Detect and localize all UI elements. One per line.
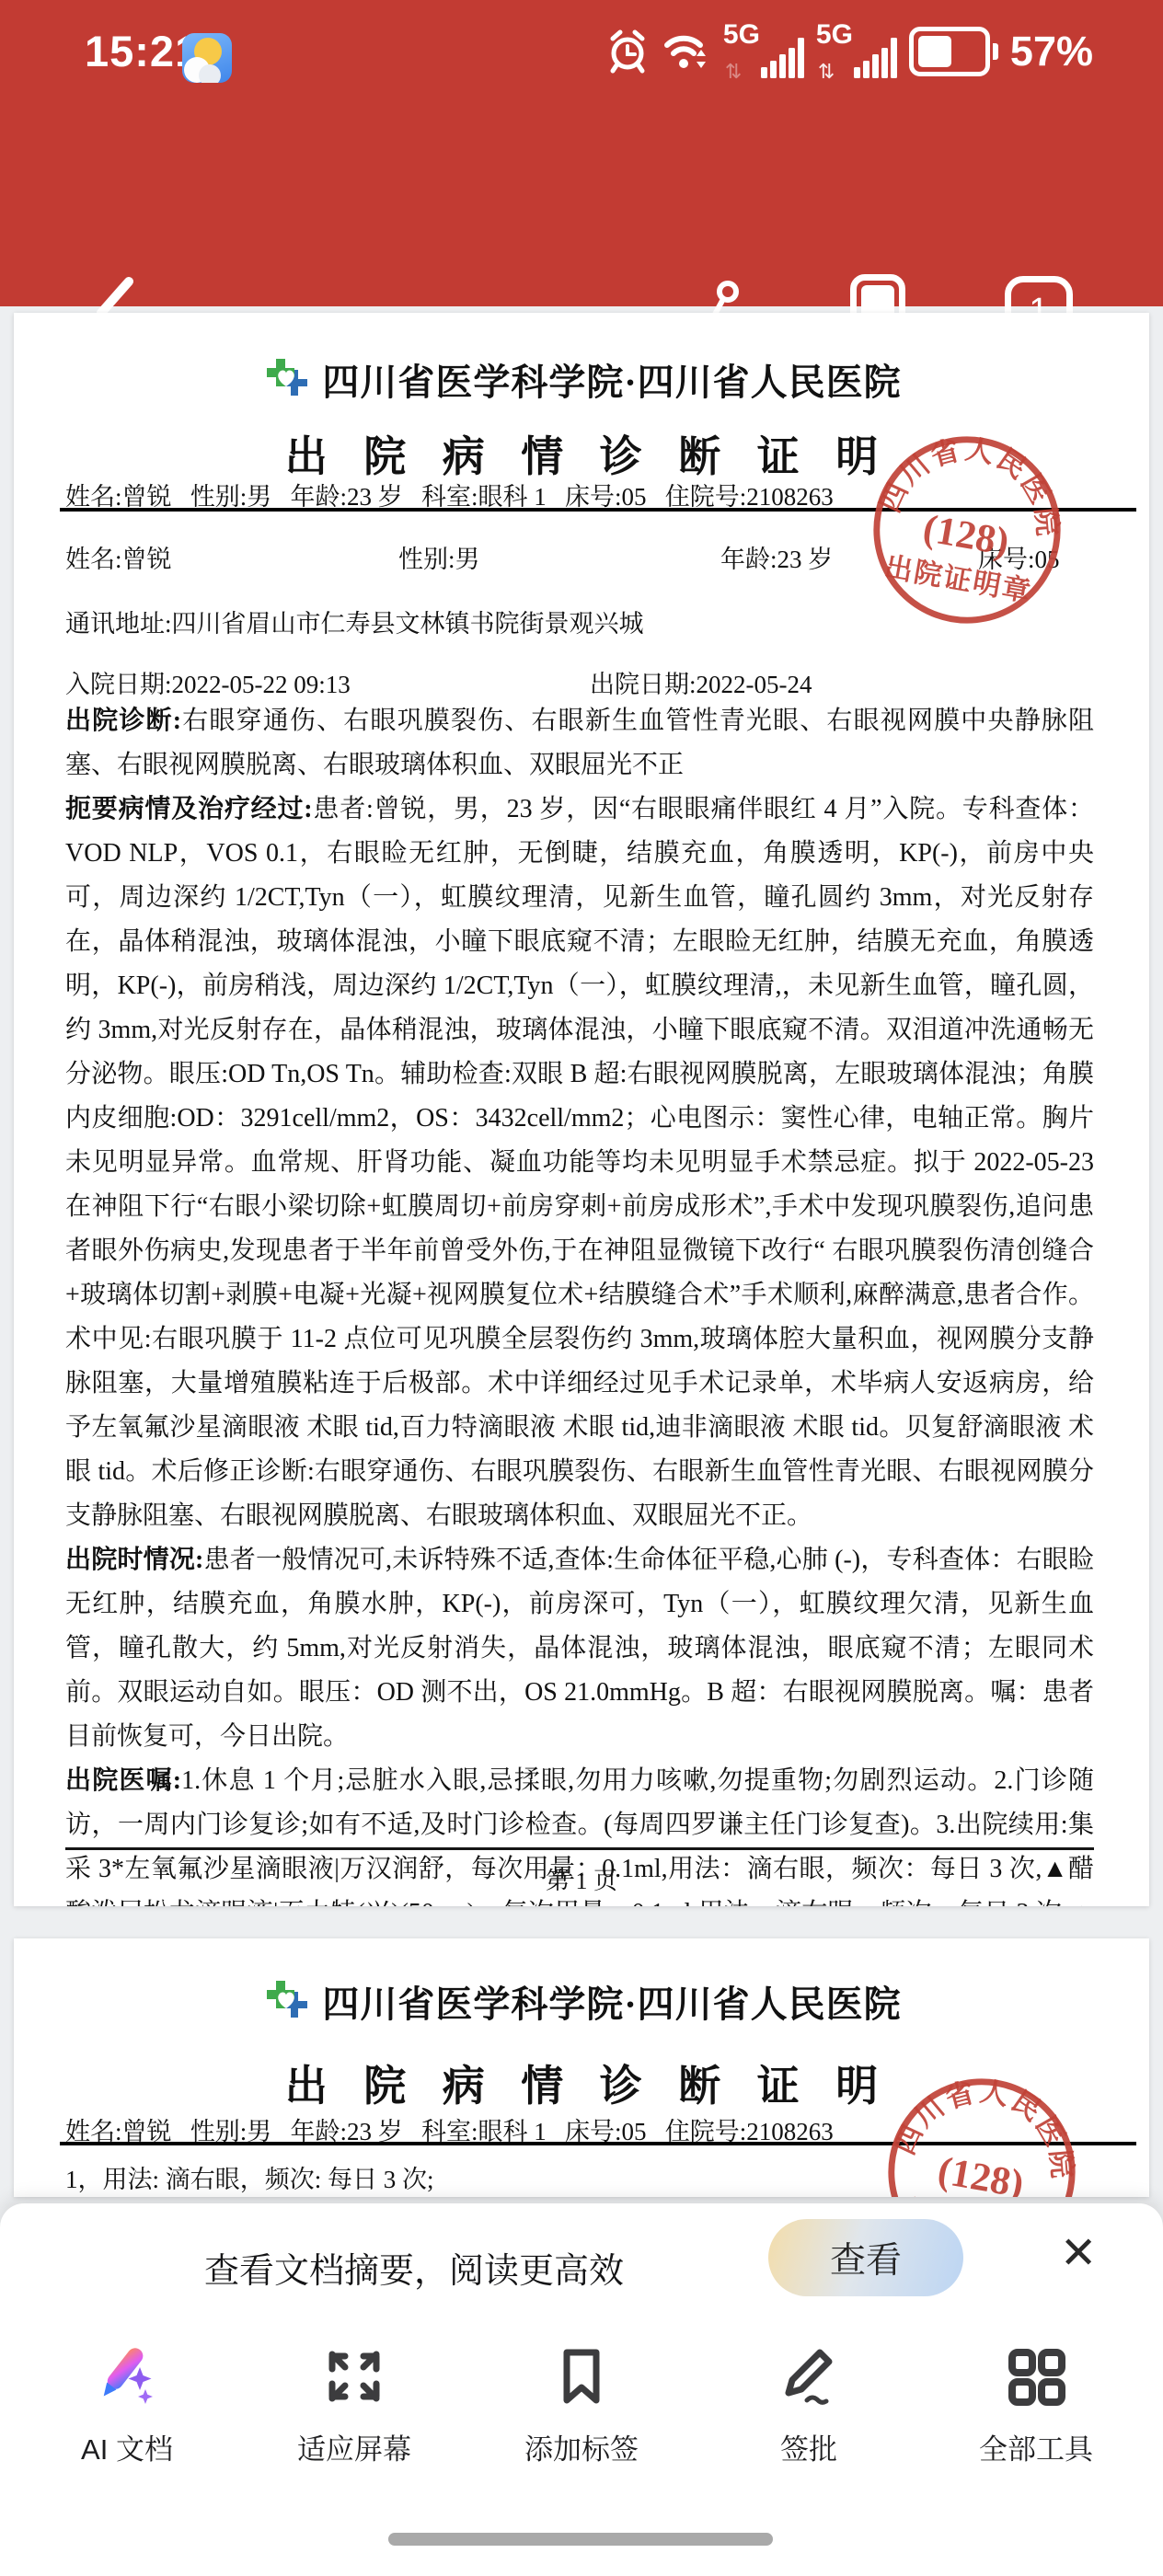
paragraph-text: 患者一般情况可,未诉特殊不适,查体:生命体征平稳,心肺 (-)，专科查体：右眼睑… — [65, 1546, 1094, 1751]
status-icons: 5G ⇅ 5G ⇅ 57% — [605, 22, 1093, 81]
paragraph-label: 出院时情况: — [65, 1546, 203, 1574]
view-summary-button[interactable]: 查看 — [768, 2219, 963, 2296]
hospital-logo-icon — [261, 1977, 311, 2027]
paragraph-course: 扼要病情及治疗经过:患者:曾锐，男，23 岁，因“右眼眼痛伴眼红 4 月”入院。… — [65, 788, 1094, 1538]
tool-label: 全部工具 — [979, 2426, 1093, 2467]
weather-icon — [182, 33, 232, 83]
tool-label: 签批 — [780, 2426, 837, 2467]
hospital-stamp: 四川省人民医院 (128) 出院证明章 — [852, 415, 1082, 645]
status-bar: 15:21 5G ⇅ — [0, 0, 1163, 103]
bottom-toolbar: AI 文档 适应屏幕 — [0, 2341, 1163, 2467]
paragraph-discharge-status: 出院时情况:患者一般情况可,未诉特殊不适,查体:生命体征平稳,心肺 (-)，专科… — [65, 1538, 1094, 1759]
document-page-2[interactable]: 四川省医学科学院·四川省人民医院 出 院 病 情 诊 断 证 明 姓名:曾锐 性… — [14, 1938, 1149, 2197]
paragraph-label: 出院医嘱: — [65, 1766, 181, 1795]
tool-fit-screen[interactable]: 适应屏幕 — [281, 2341, 428, 2467]
grid-icon — [1001, 2341, 1071, 2411]
signal-bars-icon — [854, 38, 897, 78]
pen-icon — [774, 2341, 844, 2411]
tool-ai-document[interactable]: AI 文档 — [53, 2341, 201, 2467]
tool-annotate[interactable]: 签批 — [735, 2341, 882, 2467]
alarm-clock-icon — [605, 28, 650, 75]
tool-label: 适应屏幕 — [297, 2426, 411, 2467]
data-arrows-icon: ⇅ — [725, 62, 742, 82]
bottom-sheet: 查看文档摘要，阅读更高效 查看 ✕ — [0, 2203, 1163, 2576]
paragraph-text: 患者:曾锐，男，23 岁，因“右眼眼痛伴眼红 4 月”入院。专科查体：VOD N… — [65, 795, 1094, 1530]
battery-icon — [909, 27, 998, 76]
continued-order-line: 1，用法: 滴右眼，频次: 每日 3 次; — [65, 2159, 434, 2195]
network-type-label: 5G — [816, 19, 853, 51]
wifi-icon — [662, 29, 711, 75]
patient-sex: 性别:男 — [398, 539, 480, 575]
cellular-signal-1: 5G ⇅ — [723, 23, 804, 80]
patient-name: 姓名:曾锐 — [65, 539, 172, 575]
paragraph-label: 出院诊断: — [65, 707, 181, 735]
hospital-name: 四川省医学科学院·四川省人民医院 — [322, 1975, 901, 2028]
dates-row: 入院日期:2022-05-22 09:13 出院日期:2022-05-24 — [65, 664, 1112, 700]
screen: 15:21 5G ⇅ — [0, 0, 1163, 2576]
tool-add-bookmark[interactable]: 添加标签 — [508, 2341, 655, 2467]
app-nav-bar: 1 — [0, 103, 1163, 306]
hospital-name: 四川省医学科学院·四川省人民医院 — [322, 353, 901, 406]
document-header: 四川省医学科学院·四川省人民医院 — [14, 353, 1149, 406]
hospital-logo-icon — [261, 355, 311, 405]
paragraph-label: 扼要病情及治疗经过: — [65, 795, 313, 823]
cloud-icon — [199, 64, 221, 83]
ai-pen-icon — [92, 2341, 162, 2411]
paragraph-text: 右眼穿通伤、右眼巩膜裂伤、右眼新生血管性青光眼、右眼视网膜中央静脉阻塞、右眼视网… — [65, 707, 1094, 779]
tool-label: 添加标签 — [524, 2426, 639, 2467]
stamp-code: (128) — [935, 2149, 1027, 2197]
paragraph-diagnosis: 出院诊断:右眼穿通伤、右眼巩膜裂伤、右眼新生血管性青光眼、右眼视网膜中央静脉阻塞… — [65, 699, 1094, 788]
signal-bars-icon — [761, 38, 804, 78]
tool-label: AI 文档 — [81, 2426, 173, 2467]
cellular-signal-2: 5G ⇅ — [816, 23, 897, 80]
tool-all-tools[interactable]: 全部工具 — [962, 2341, 1110, 2467]
fit-screen-icon — [319, 2341, 389, 2411]
page-number: 第 1 页 — [14, 1862, 1149, 1896]
document-header: 四川省医学科学院·四川省人民医院 — [14, 1975, 1149, 2028]
stamp-code: (128) — [920, 507, 1012, 565]
home-indicator[interactable] — [388, 2533, 773, 2546]
data-arrows-icon: ⇅ — [818, 62, 835, 82]
footer-divider — [65, 1847, 1094, 1850]
bookmark-icon — [547, 2341, 616, 2411]
admit-date: 入院日期:2022-05-22 09:13 — [65, 671, 351, 698]
close-icon[interactable]: ✕ — [1060, 2227, 1097, 2279]
patient-age: 年龄:23 岁 — [720, 539, 833, 575]
patient-address: 通讯地址:四川省眉山市仁寿县文林镇书院街景观兴城 — [65, 604, 644, 639]
network-type-label: 5G — [723, 19, 760, 51]
summary-banner-text: 查看文档摘要，阅读更高效 — [204, 2242, 624, 2293]
battery-percent: 57% — [1010, 28, 1093, 75]
document-page-1[interactable]: 四川省医学科学院·四川省人民医院 出 院 病 情 诊 断 证 明 姓名:曾锐 性… — [14, 313, 1149, 1906]
discharge-date: 出院日期:2022-05-24 — [590, 664, 812, 700]
document-body: 出院诊断:右眼穿通伤、右眼巩膜裂伤、右眼新生血管性青光眼、右眼视网膜中央静脉阻塞… — [65, 699, 1094, 1906]
